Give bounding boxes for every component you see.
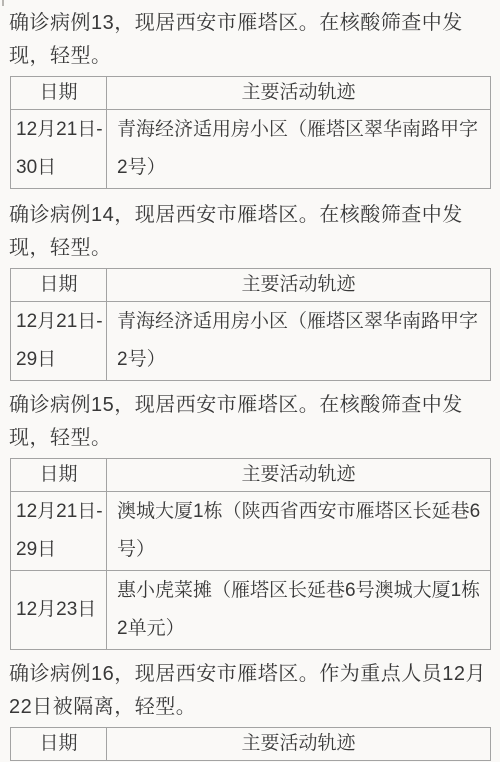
date-column-header: 日期 <box>11 728 107 761</box>
activity-cell: 惠小虎菜摊（雁塔区长延巷6号澳城大厦1栋2单元） <box>107 571 491 650</box>
activity-cell: 青海经济适用房小区（雁塔区翠华南路甲字2号） <box>107 110 491 189</box>
activity-cell: 青海经济适用房小区（雁塔区翠华南路甲字2号） <box>107 302 491 381</box>
case-13-paragraph: 确诊病例13，现居西安市雁塔区。在核酸筛查中发现，轻型。 <box>9 7 491 73</box>
case-report-document: 确诊病例13，现居西安市雁塔区。在核酸筛查中发现，轻型。 日期 主要活动轨迹 1… <box>0 0 500 762</box>
activity-cell: 澳城大厦1栋（陕西省西安市雁塔区长延巷6号） <box>107 492 491 571</box>
table-header-row: 日期 主要活动轨迹 <box>11 728 491 761</box>
table-row: 12月21日-30日 青海经济适用房小区（雁塔区翠华南路甲字2号） <box>11 110 491 189</box>
table-header-row: 日期 主要活动轨迹 <box>11 77 491 110</box>
table-row: 12月23日 惠小虎菜摊（雁塔区长延巷6号澳城大厦1栋2单元） <box>11 571 491 650</box>
case-14-paragraph: 确诊病例14，现居西安市雁塔区。在核酸筛查中发现，轻型。 <box>9 199 491 265</box>
date-cell: 12月21日-29日 <box>11 302 107 381</box>
table-header-row: 日期 主要活动轨迹 <box>11 459 491 492</box>
case-13-trajectory-table: 日期 主要活动轨迹 12月21日-30日 青海经济适用房小区（雁塔区翠华南路甲字… <box>10 76 491 189</box>
activity-column-header: 主要活动轨迹 <box>107 269 491 302</box>
date-cell: 12月23日 <box>11 571 107 650</box>
case-16-trajectory-table: 日期 主要活动轨迹 <box>10 727 491 761</box>
case-14-trajectory-table: 日期 主要活动轨迹 12月21日-29日 青海经济适用房小区（雁塔区翠华南路甲字… <box>10 268 491 381</box>
table-row: 12月21日-29日 青海经济适用房小区（雁塔区翠华南路甲字2号） <box>11 302 491 381</box>
case-15-paragraph: 确诊病例15，现居西安市雁塔区。在核酸筛查中发现，轻型。 <box>9 389 491 455</box>
activity-column-header: 主要活动轨迹 <box>107 459 491 492</box>
case-16-paragraph: 确诊病例16，现居西安市雁塔区。作为重点人员12月22日被隔离，轻型。 <box>9 658 491 724</box>
date-column-header: 日期 <box>11 269 107 302</box>
table-row: 12月21日-29日 澳城大厦1栋（陕西省西安市雁塔区长延巷6号） <box>11 492 491 571</box>
table-header-row: 日期 主要活动轨迹 <box>11 269 491 302</box>
date-cell: 12月21日-30日 <box>11 110 107 189</box>
date-column-header: 日期 <box>11 459 107 492</box>
crop-artifact-line <box>2 0 4 6</box>
date-cell: 12月21日-29日 <box>11 492 107 571</box>
document-page: { "page": { "background": "#faf9f7", "te… <box>0 0 500 762</box>
activity-column-header: 主要活动轨迹 <box>107 728 491 761</box>
date-column-header: 日期 <box>11 77 107 110</box>
activity-column-header: 主要活动轨迹 <box>107 77 491 110</box>
case-15-trajectory-table: 日期 主要活动轨迹 12月21日-29日 澳城大厦1栋（陕西省西安市雁塔区长延巷… <box>10 458 491 650</box>
